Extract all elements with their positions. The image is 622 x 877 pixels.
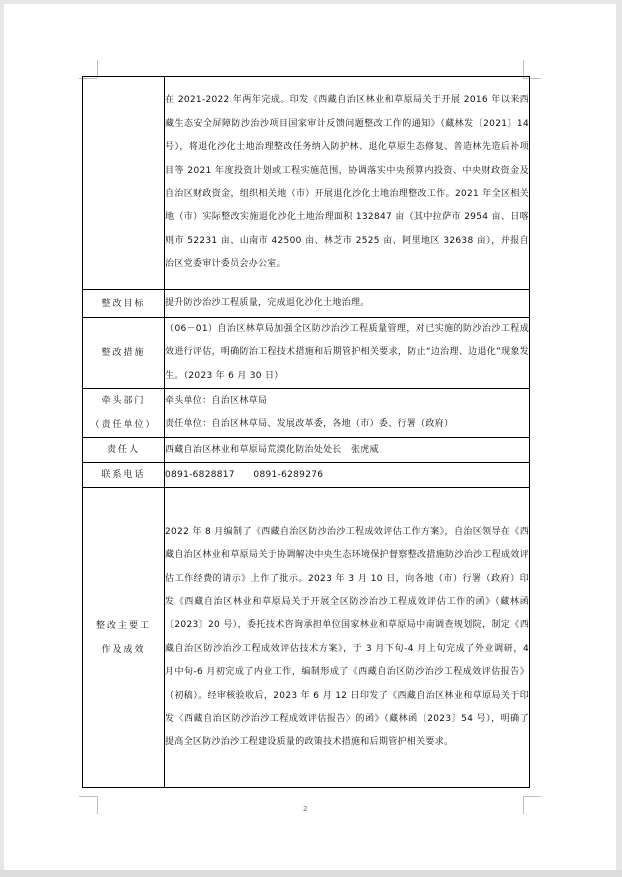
row-content-phone: 0891-6828817 0891-6289276	[165, 463, 530, 488]
row-content: 在 2021-2022 年两年完成。印发《西藏自治区林业和草原局关于开展 201…	[165, 77, 530, 290]
content-paragraph: （06－01）自治区林草局加强全区防沙治沙工程质量管理，对已实施的防沙治沙工程成…	[165, 318, 529, 388]
row-content-results: 2022 年 8 月编制了《西藏自治区防沙治沙工程成效评估工作方案》，自治区领导…	[165, 488, 530, 788]
content-paragraph: 2022 年 8 月编制了《西藏自治区防沙治沙工程成效评估工作方案》，自治区领导…	[165, 521, 529, 755]
row-content-person: 西藏自治区林业和草原局荒漠化防治处处长 张虎威	[165, 438, 530, 463]
crop-mark-bottom-right	[523, 796, 524, 797]
row-label-person: 责任人	[83, 438, 165, 463]
row-label-results: 整改主要工 作及成效	[83, 488, 165, 788]
table-row: 联系电话 0891-6828817 0891-6289276	[83, 463, 530, 488]
page-gap	[0, 870, 622, 877]
table-row: 整改目标 提升防沙治沙工程质量，完成退化沙化土地治理。	[83, 290, 530, 318]
phone-numbers: 0891-6828817 0891-6289276	[165, 464, 529, 487]
lead-unit: 牵头单位：自治区林草局	[165, 390, 529, 413]
content-paragraph: 提升防沙治沙工程质量，完成退化沙化土地治理。	[165, 292, 529, 315]
row-label-measures: 整改措施	[83, 318, 165, 389]
table-row: 责任人 西藏自治区林业和草原局荒漠化防治处处长 张虎威	[83, 438, 530, 463]
row-content-lead-dept: 牵头单位：自治区林草局 责任单位：自治区林草局、发展改革委，各地（市）委、行署（…	[165, 389, 530, 438]
table-row: 牵头部门 （责任单位） 牵头单位：自治区林草局 责任单位：自治区林草局、发展改革…	[83, 389, 530, 438]
row-label-phone: 联系电话	[83, 463, 165, 488]
row-content-measures: （06－01）自治区林草局加强全区防沙治沙工程质量管理，对已实施的防沙治沙工程成…	[165, 318, 530, 389]
content-paragraph: 西藏自治区林业和草原局荒漠化防治处处长 张虎威	[165, 439, 529, 462]
label-line: 牵头部门	[83, 389, 164, 413]
crop-mark-bottom-left	[97, 796, 98, 797]
label-line: 整改主要工	[83, 614, 164, 638]
row-content-goal: 提升防沙治沙工程质量，完成退化沙化土地治理。	[165, 290, 530, 318]
page-number: 2	[303, 805, 307, 813]
table-row: 整改措施 （06－01）自治区林草局加强全区防沙治沙工程质量管理，对已实施的防沙…	[83, 318, 530, 389]
label-line: （责任单位）	[83, 413, 164, 437]
content-paragraph: 在 2021-2022 年两年完成。印发《西藏自治区林业和草原局关于开展 201…	[165, 89, 529, 276]
table-row: 在 2021-2022 年两年完成。印发《西藏自治区林业和草原局关于开展 201…	[83, 77, 530, 290]
table-row: 整改主要工 作及成效 2022 年 8 月编制了《西藏自治区防沙治沙工程成效评估…	[83, 488, 530, 788]
rectification-table: 在 2021-2022 年两年完成。印发《西藏自治区林业和草原局关于开展 201…	[82, 76, 530, 788]
row-label-lead-dept: 牵头部门 （责任单位）	[83, 389, 165, 438]
label-line: 作及成效	[83, 638, 164, 662]
row-label	[83, 77, 165, 290]
responsible-units: 责任单位：自治区林草局、发展改革委，各地（市）委、行署（政府）	[165, 413, 529, 436]
row-label-goal: 整改目标	[83, 290, 165, 318]
